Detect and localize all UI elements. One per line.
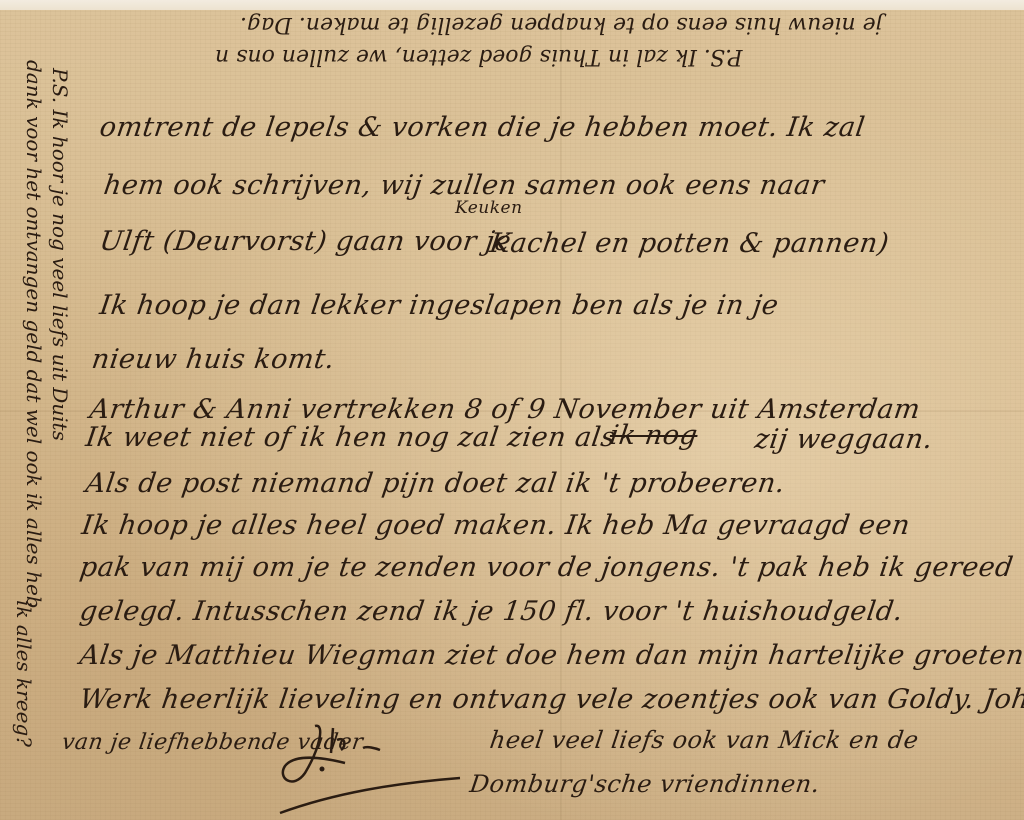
body-line-2: hem ook schrijven, wij zullen samen ook …	[102, 170, 827, 201]
signature-flourish	[275, 718, 475, 818]
body-line-8: Als de post niemand pijn doet zal ik 't …	[84, 468, 787, 499]
body-line-10: pak van mij om je te zenden voor de jong…	[78, 552, 1015, 583]
body-line-9: Ik hoop je alles heel goed maken. Ik heb…	[80, 510, 912, 541]
upside-down-postscript-line-2: P.S. Ik zal in Thuis goed zetten, we zul…	[215, 44, 743, 69]
margin-postscript-line-3: ik alles kreeg?	[12, 600, 36, 747]
margin-postscript-line-2: dank voor het ontvangen geld dat wel ook…	[22, 60, 46, 609]
body-line-12: Als je Matthieu Wiegman ziet doe hem dan…	[78, 640, 1024, 671]
body-line-7b: zij weggaan.	[753, 424, 935, 455]
signature: Jan	[275, 738, 278, 739]
body-line-5: nieuw huis komt.	[90, 344, 337, 375]
upside-down-postscript-line-1: je nieuw huis eens op te knappen gezelli…	[240, 12, 882, 37]
body-line-6: Arthur & Anni vertrekken 8 of 9 November…	[88, 394, 922, 425]
body-line-11: gelegd. Intusschen zend ik je 150 fl. vo…	[78, 596, 905, 627]
regards-line-1: heel veel liefs ook van Mick en de	[488, 726, 920, 754]
regards-line-2: Domburg'sche vriendinnen.	[468, 770, 822, 798]
body-line-3b: Kachel en potten & pannen)	[488, 228, 891, 259]
body-line-13: Werk heerlijk lieveling en ontvang vele …	[78, 684, 1024, 715]
body-line-7a: Ik weet niet of ik hen nog zal zien als	[84, 422, 618, 453]
body-line-3a: Ulft (Deurvorst) gaan voor je	[98, 226, 513, 257]
margin-postscript-line-1: P.S. Ik hoor je nog veel liefs uit Duits	[48, 68, 72, 441]
body-line-1: omtrent de lepels & vorken die je hebben…	[98, 112, 867, 143]
body-line-4: Ik hoop je dan lekker ingeslapen ben als…	[98, 290, 781, 321]
struck-word: ik nog	[608, 420, 700, 451]
inserted-word: Keuken	[455, 198, 523, 218]
